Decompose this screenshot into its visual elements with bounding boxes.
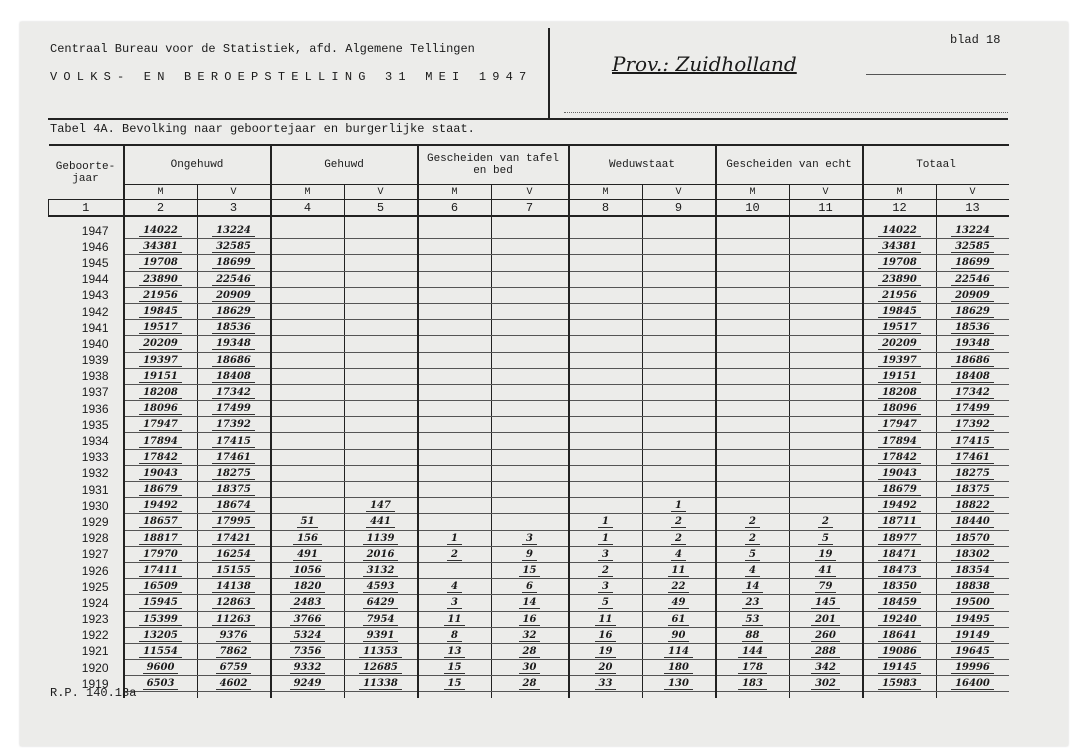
cell-geh-v [344, 287, 418, 303]
handwritten-value [675, 484, 683, 495]
handwritten-value: 7356 [290, 646, 326, 658]
handwritten-value: 32585 [951, 241, 994, 253]
cell-wed-v [642, 223, 716, 239]
cell-ong-v: 20909 [197, 287, 271, 303]
cell-tot-v: 22546 [936, 271, 1009, 287]
cell-tot-v: 18822 [936, 498, 1009, 514]
handwritten-value [377, 371, 385, 382]
table-row: 19271797016254491201629345191847118302 [49, 546, 1009, 562]
table-row: 1926174111515510563132152114411847318354 [49, 562, 1009, 578]
cell-gve-v: 201 [789, 611, 863, 627]
cell-wed-v [642, 368, 716, 384]
birth-year: 1920 [49, 660, 124, 676]
handwritten-value [749, 355, 757, 366]
cell-geh-v [344, 320, 418, 336]
cell-ong-m: 9600 [124, 660, 198, 676]
handwritten-value [526, 387, 534, 398]
cell-tot-m: 14022 [863, 223, 937, 239]
handwritten-value [304, 355, 312, 366]
handwritten-value: 41 [815, 565, 837, 577]
cell-gtb-m [418, 401, 492, 417]
cell-gve-v [789, 320, 863, 336]
handwritten-value [602, 403, 610, 414]
cell-ong-m: 16509 [124, 579, 198, 595]
cell-tot-m: 17842 [863, 449, 937, 465]
cell-tot-m: 19397 [863, 352, 937, 368]
handwritten-value: 19517 [139, 322, 182, 334]
handwritten-value: 28 [519, 646, 541, 658]
handwritten-value [749, 500, 757, 511]
handwritten-value: 18699 [212, 257, 255, 269]
cell-geh-m [271, 352, 345, 368]
handwritten-value [749, 274, 757, 285]
cell-geh-m [271, 303, 345, 319]
table-row: 194423890225462389022546 [49, 271, 1009, 287]
handwritten-value [749, 468, 757, 479]
handwritten-value: 18440 [951, 516, 994, 528]
cell-geh-m: 7356 [271, 643, 345, 659]
handwritten-value [526, 225, 534, 236]
cell-tot-v: 18536 [936, 320, 1009, 336]
handwritten-value: 11 [444, 614, 466, 626]
cell-gtb-v [491, 482, 569, 498]
cell-gtb-v [491, 255, 569, 271]
handwritten-value [749, 484, 757, 495]
birth-year: 1922 [49, 627, 124, 643]
cell-geh-m: 2483 [271, 595, 345, 611]
cell-wed-m [569, 482, 643, 498]
handwritten-value [749, 452, 757, 463]
cell-gtb-v: 15 [491, 562, 569, 578]
cell-tot-m: 18459 [863, 595, 937, 611]
cell-tot-m: 19708 [863, 255, 937, 271]
handwritten-value: 18686 [951, 355, 994, 367]
handwritten-value [526, 484, 534, 495]
cell-geh-m [271, 465, 345, 481]
handwritten-value: 19845 [878, 306, 921, 318]
handwritten-value: 16400 [951, 678, 994, 690]
handwritten-value [822, 436, 830, 447]
col-number: 12 [863, 200, 937, 217]
cell-gtb-m: 8 [418, 627, 492, 643]
cell-ong-v: 17415 [197, 433, 271, 449]
handwritten-value: 9332 [290, 662, 326, 674]
handwritten-value: 17995 [212, 516, 255, 528]
handwritten-value: 183 [738, 678, 767, 690]
cell-ong-v: 18699 [197, 255, 271, 271]
cell-wed-v [642, 433, 716, 449]
handwritten-value: 15 [444, 662, 466, 674]
handwritten-value: 14138 [212, 581, 255, 593]
handwritten-value [526, 355, 534, 366]
handwritten-value: 61 [668, 614, 690, 626]
handwritten-value: 17461 [951, 452, 994, 464]
handwritten-value: 18275 [951, 468, 994, 480]
cell-gtb-m [418, 352, 492, 368]
cell-tot-v: 18275 [936, 465, 1009, 481]
table-row: 194219845186291984518629 [49, 303, 1009, 319]
cell-gtb-m: 1 [418, 530, 492, 546]
handwritten-value: 17947 [139, 419, 182, 431]
col-number: 10 [716, 200, 790, 217]
cell-tot-v: 16400 [936, 676, 1009, 692]
handwritten-value [602, 419, 610, 430]
handwritten-value: 9 [522, 549, 537, 561]
col-number: 1 [49, 200, 124, 217]
cell-ong-m: 11554 [124, 643, 198, 659]
handwritten-value: 3 [522, 533, 537, 545]
handwritten-value: 18459 [878, 597, 921, 609]
table-row: 193317842174611784217461 [49, 449, 1009, 465]
handwritten-value [602, 306, 610, 317]
handwritten-value [451, 241, 459, 252]
census-table: Geboorte-jaar Ongehuwd Gehuwd Gescheiden… [48, 144, 1009, 698]
handwritten-value: 18570 [951, 533, 994, 545]
cell-wed-v [642, 255, 716, 271]
col-number: 5 [344, 200, 418, 217]
handwritten-value: 180 [664, 662, 693, 674]
cell-gtb-v: 3 [491, 530, 569, 546]
cell-gve-v [789, 482, 863, 498]
handwritten-value: 53 [742, 614, 764, 626]
handwritten-value [304, 371, 312, 382]
cell-ong-v: 18275 [197, 465, 271, 481]
cell-gve-m: 4 [716, 562, 790, 578]
handwritten-value: 18657 [139, 516, 182, 528]
cell-wed-m: 16 [569, 627, 643, 643]
handwritten-value: 32 [519, 630, 541, 642]
cell-wed-m: 11 [569, 611, 643, 627]
cell-gtb-m [418, 368, 492, 384]
cell-gtb-m: 2 [418, 546, 492, 562]
handwritten-value [304, 322, 312, 333]
cell-ong-v: 32585 [197, 239, 271, 255]
handwritten-value [822, 355, 830, 366]
table-row: 1920960067599332126851530201801783421914… [49, 660, 1009, 676]
cell-gve-m: 88 [716, 627, 790, 643]
cell-gtb-m [418, 514, 492, 530]
handwritten-value [304, 274, 312, 285]
handwritten-value [749, 403, 757, 414]
group-header-weduwstaat: Weduwstaat [569, 145, 716, 185]
sub-v: V [789, 185, 863, 200]
cell-geh-m [271, 401, 345, 417]
handwritten-value: 20 [595, 662, 617, 674]
cell-gve-m: 14 [716, 579, 790, 595]
handwritten-value [451, 257, 459, 268]
handwritten-value: 49 [668, 597, 690, 609]
sub-m: M [124, 185, 198, 200]
sub-m: M [418, 185, 492, 200]
col-number: 6 [418, 200, 492, 217]
cell-wed-v [642, 271, 716, 287]
handwritten-value [377, 355, 385, 366]
handwritten-value: 11554 [139, 646, 182, 658]
handwritten-value [451, 403, 459, 414]
cell-ong-m: 21956 [124, 287, 198, 303]
cell-tot-v: 19645 [936, 643, 1009, 659]
cell-geh-m [271, 482, 345, 498]
handwritten-value: 12685 [359, 662, 402, 674]
group-header-gescheiden-echt: Gescheiden van echt [716, 145, 863, 185]
handwritten-value [822, 257, 830, 268]
cell-wed-m [569, 433, 643, 449]
cell-gve-m [716, 498, 790, 514]
cell-tot-m: 34381 [863, 239, 937, 255]
handwritten-value: 19348 [951, 338, 994, 350]
group-header-totaal: Totaal [863, 145, 1009, 185]
sub-v: V [936, 185, 1009, 200]
handwritten-value: 491 [293, 549, 322, 561]
handwritten-value: 18817 [139, 533, 182, 545]
cell-tot-m: 17947 [863, 417, 937, 433]
cell-ong-v: 17499 [197, 401, 271, 417]
handwritten-value: 33 [595, 678, 617, 690]
cell-geh-v: 3132 [344, 562, 418, 578]
cell-tot-v: 18375 [936, 482, 1009, 498]
cell-geh-m [271, 368, 345, 384]
cell-gtb-v: 6 [491, 579, 569, 595]
handwritten-value [675, 338, 683, 349]
handwritten-value [526, 403, 534, 414]
cell-geh-v: 7954 [344, 611, 418, 627]
cell-geh-m: 156 [271, 530, 345, 546]
table-row: 193417894174151789417415 [49, 433, 1009, 449]
province-handwritten: Prov.: Zuidholland [612, 52, 797, 76]
handwritten-value: 5 [745, 549, 760, 561]
birth-year: 1929 [49, 514, 124, 530]
handwritten-value: 13205 [139, 630, 182, 642]
birth-year: 1923 [49, 611, 124, 627]
cell-gtb-v [491, 498, 569, 514]
birth-year: 1934 [49, 433, 124, 449]
handwritten-value [304, 225, 312, 236]
handwritten-value: 22546 [951, 274, 994, 286]
table-body: 1947140221322414022132241946343813258534… [49, 216, 1009, 698]
handwritten-value [822, 290, 830, 301]
handwritten-value [822, 241, 830, 252]
handwritten-value [675, 322, 683, 333]
handwritten-value: 19043 [139, 468, 182, 480]
handwritten-value [822, 225, 830, 236]
cell-tot-m: 20209 [863, 336, 937, 352]
cell-wed-m: 33 [569, 676, 643, 692]
handwritten-value: 23 [742, 597, 764, 609]
handwritten-value: 79 [815, 581, 837, 593]
sub-m: M [716, 185, 790, 200]
handwritten-value: 32585 [212, 241, 255, 253]
table-row: 1925165091413818204593463221479183501883… [49, 579, 1009, 595]
cell-geh-v [344, 223, 418, 239]
handwritten-value: 6503 [143, 678, 179, 690]
cell-wed-m [569, 287, 643, 303]
cell-gve-v [789, 255, 863, 271]
cell-ong-v: 4602 [197, 676, 271, 692]
table-row: 194519708186991970818699 [49, 255, 1009, 271]
handwritten-value [749, 371, 757, 382]
cell-wed-v [642, 384, 716, 400]
handwritten-value: 15945 [139, 597, 182, 609]
handwritten-value [675, 419, 683, 430]
handwritten-value: 260 [811, 630, 840, 642]
handwritten-value: 17894 [878, 436, 921, 448]
handwritten-value: 28 [519, 678, 541, 690]
cell-geh-v [344, 482, 418, 498]
handwritten-value: 11263 [212, 614, 255, 626]
cell-gtb-m: 11 [418, 611, 492, 627]
handwritten-value: 18838 [951, 581, 994, 593]
handwritten-value [304, 419, 312, 430]
col-number: 7 [491, 200, 569, 217]
handwritten-value: 5 [598, 597, 613, 609]
cell-gtb-v [491, 287, 569, 303]
handwritten-value: 156 [293, 533, 322, 545]
handwritten-value [451, 565, 459, 576]
handwritten-value: 17342 [212, 387, 255, 399]
cell-gtb-m [418, 482, 492, 498]
birth-year: 1944 [49, 271, 124, 287]
table-row: 1921115547862735611353132819114144288190… [49, 643, 1009, 659]
cell-tot-m: 18711 [863, 514, 937, 530]
cell-ong-m: 15945 [124, 595, 198, 611]
cell-gtb-v: 14 [491, 595, 569, 611]
handwritten-value: 14 [519, 597, 541, 609]
cell-ong-m: 18817 [124, 530, 198, 546]
handwritten-value: 20209 [878, 338, 921, 350]
cell-tot-m: 19151 [863, 368, 937, 384]
handwritten-value [602, 290, 610, 301]
cell-ong-m: 19043 [124, 465, 198, 481]
col-number: 8 [569, 200, 643, 217]
handwritten-value: 18629 [212, 306, 255, 318]
cell-tot-v: 18699 [936, 255, 1009, 271]
birth-year: 1935 [49, 417, 124, 433]
table-row: 193618096174991809617499 [49, 401, 1009, 417]
handwritten-value: 22546 [212, 274, 255, 286]
sub-v: V [491, 185, 569, 200]
handwritten-value: 19492 [139, 500, 182, 512]
cell-ong-v: 17995 [197, 514, 271, 530]
year-column-header: Geboorte-jaar [49, 145, 124, 200]
cell-tot-m: 19043 [863, 465, 937, 481]
handwritten-value: 1056 [290, 565, 326, 577]
cell-wed-v: 1 [642, 498, 716, 514]
handwritten-value: 19086 [878, 646, 921, 658]
cell-gve-v: 5 [789, 530, 863, 546]
handwritten-value [377, 225, 385, 236]
col-number: 13 [936, 200, 1009, 217]
cell-gve-m: 53 [716, 611, 790, 627]
handwritten-value [822, 468, 830, 479]
handwritten-value [602, 322, 610, 333]
table-row: 1922132059376532493918321690882601864119… [49, 627, 1009, 643]
handwritten-value [377, 257, 385, 268]
handwritten-value [304, 500, 312, 511]
cell-wed-m [569, 449, 643, 465]
handwritten-value: 19845 [139, 306, 182, 318]
handwritten-value: 4593 [363, 581, 399, 593]
handwritten-value [451, 371, 459, 382]
handwritten-value [451, 436, 459, 447]
handwritten-value: 288 [811, 646, 840, 658]
birth-year: 1939 [49, 352, 124, 368]
handwritten-value: 11 [595, 614, 617, 626]
handwritten-value: 18354 [951, 565, 994, 577]
cell-gtb-v: 28 [491, 676, 569, 692]
handwritten-value [675, 257, 683, 268]
handwritten-value: 19149 [951, 630, 994, 642]
handwritten-value: 17421 [212, 533, 255, 545]
handwritten-value: 34381 [878, 241, 921, 253]
cell-tot-v: 18440 [936, 514, 1009, 530]
cell-geh-m [271, 255, 345, 271]
cell-ong-v: 14138 [197, 579, 271, 595]
blank-line [866, 74, 1006, 75]
handwritten-value: 19151 [878, 371, 921, 383]
sub-v: V [642, 185, 716, 200]
handwritten-value: 18674 [212, 500, 255, 512]
group-header-gehuwd: Gehuwd [271, 145, 418, 185]
cell-wed-m: 2 [569, 562, 643, 578]
handwritten-value: 18096 [878, 403, 921, 415]
cell-wed-m [569, 336, 643, 352]
cell-ong-v: 18629 [197, 303, 271, 319]
cell-gve-m [716, 433, 790, 449]
handwritten-value: 30 [519, 662, 541, 674]
cell-gtb-m [418, 287, 492, 303]
handwritten-value: 18679 [878, 484, 921, 496]
handwritten-value: 19043 [878, 468, 921, 480]
handwritten-value: 17499 [212, 403, 255, 415]
cell-gtb-m: 13 [418, 643, 492, 659]
handwritten-value [304, 452, 312, 463]
cell-wed-v: 61 [642, 611, 716, 627]
handwritten-value: 23890 [139, 274, 182, 286]
header-divider [548, 28, 550, 120]
cell-ong-m: 19492 [124, 498, 198, 514]
handwritten-value [675, 468, 683, 479]
handwritten-value [377, 468, 385, 479]
handwritten-value: 2 [745, 516, 760, 528]
handwritten-value [602, 452, 610, 463]
handwritten-value [675, 371, 683, 382]
cell-ong-v: 7862 [197, 643, 271, 659]
cell-wed-m [569, 417, 643, 433]
cell-tot-m: 18096 [863, 401, 937, 417]
cell-ong-m: 18096 [124, 401, 198, 417]
handwritten-value: 19 [815, 549, 837, 561]
cell-tot-m: 18679 [863, 482, 937, 498]
handwritten-value: 342 [811, 662, 840, 674]
cell-gve-v [789, 352, 863, 368]
handwritten-value [675, 436, 683, 447]
handwritten-value: 9249 [290, 678, 326, 690]
handwritten-value: 17947 [878, 419, 921, 431]
handwritten-value: 17415 [212, 436, 255, 448]
handwritten-value: 2 [818, 516, 833, 528]
handwritten-value [526, 274, 534, 285]
handwritten-value [526, 338, 534, 349]
cell-ong-m: 19151 [124, 368, 198, 384]
cell-tot-v: 17342 [936, 384, 1009, 400]
cell-ong-m: 17842 [124, 449, 198, 465]
handwritten-value: 2 [745, 533, 760, 545]
cell-gtb-v: 30 [491, 660, 569, 676]
cell-geh-m: 1056 [271, 562, 345, 578]
handwritten-value: 16 [595, 630, 617, 642]
handwritten-value: 19708 [878, 257, 921, 269]
handwritten-value: 18686 [212, 355, 255, 367]
